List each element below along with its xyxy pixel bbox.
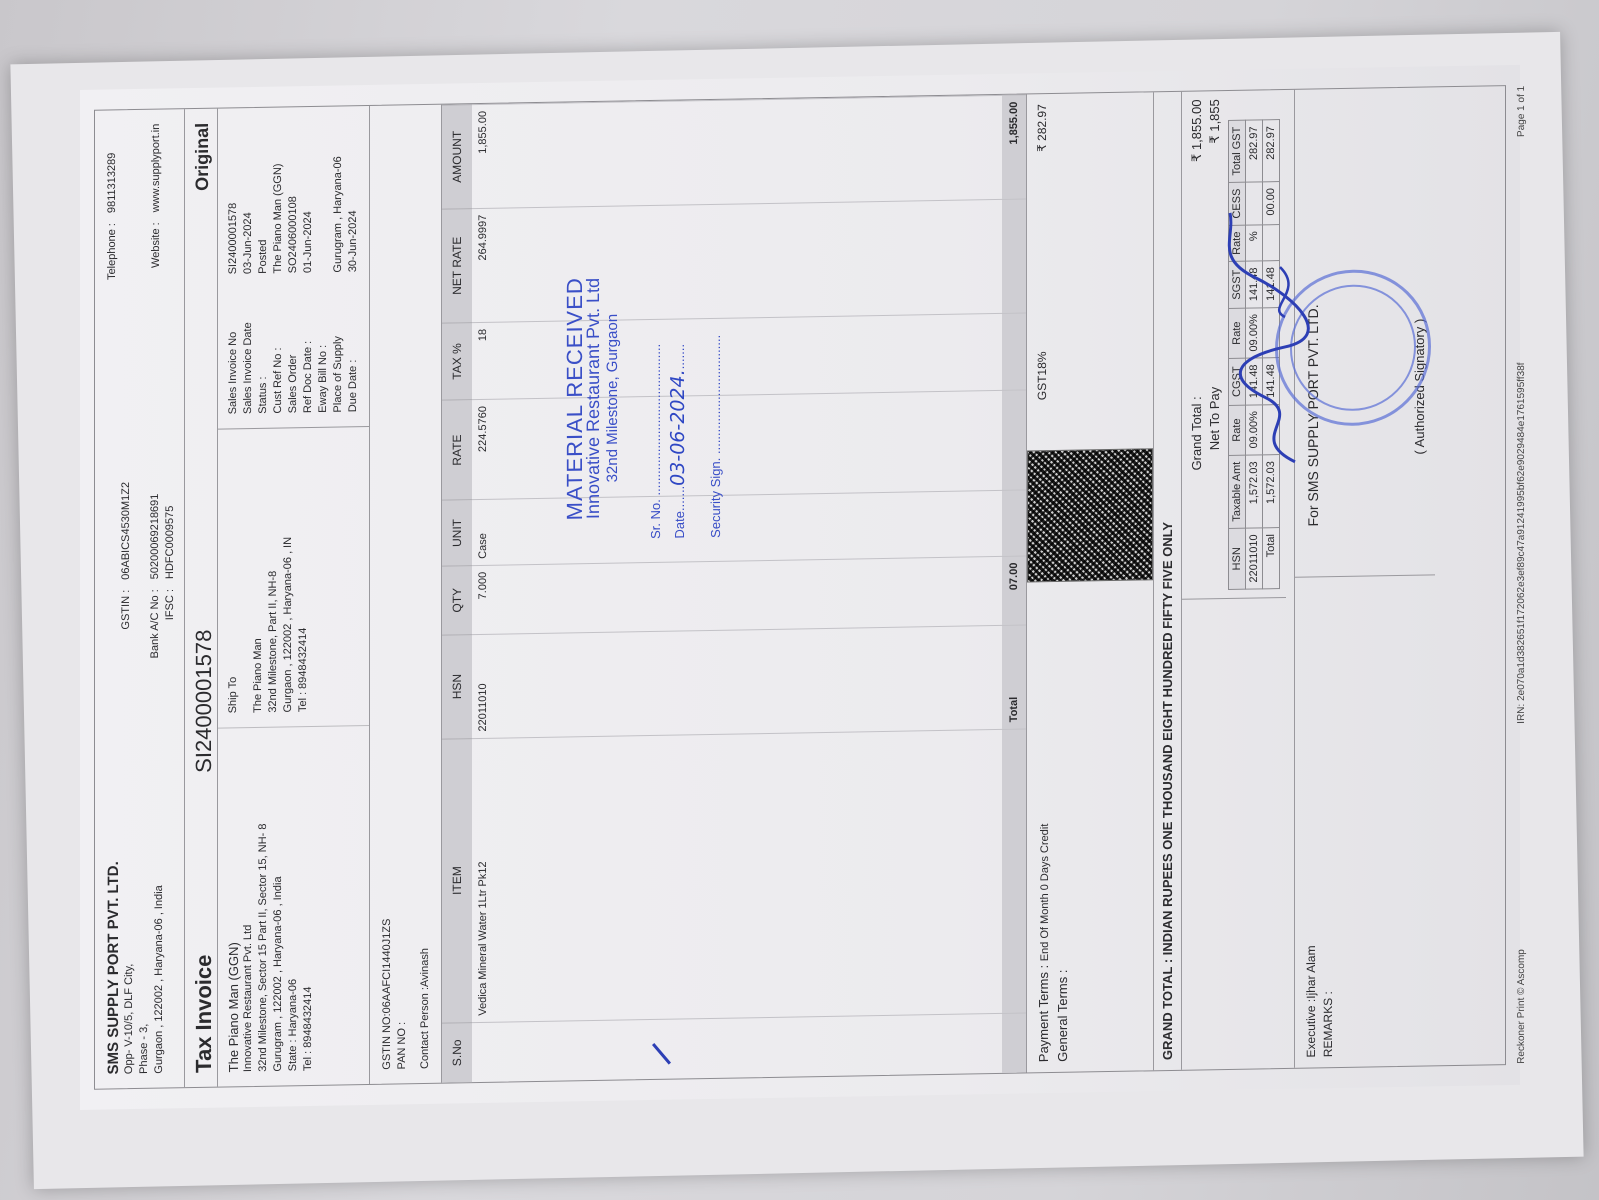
tax-cell: 282.97 [1263, 119, 1280, 181]
ship-to-line: The Piano Man [251, 443, 266, 713]
document-title: Tax Invoice [191, 773, 217, 1073]
meta-value: Posted [256, 122, 271, 274]
invoice-page: SMS SUPPLY PORT PVT. LTD. Opp- V-10/5, D… [80, 65, 1520, 1110]
gst-rate-label: GST18% [1035, 350, 1145, 401]
tax-column-header: HSN [1229, 528, 1246, 589]
contact-person: Contact Person :Avinash [418, 119, 433, 1069]
cell-hsn: 22011010 [472, 625, 1002, 738]
cell-qty: 7.000 [472, 556, 1002, 634]
meta-label: Cust Ref No : [271, 273, 286, 413]
invoice-number: SI2400001578 [191, 353, 217, 773]
cell-net_rate: 264.9997 [472, 199, 1002, 322]
meta-value: The Piano Man (GGN) [271, 121, 286, 273]
meta-label: Sales Invoice No [226, 274, 241, 414]
company-bank-details: GSTIN : 06ABICS4530M1Z2 Bank A/C No : 50… [119, 481, 178, 659]
ship-to-line: 32nd Milestone, Part II, NH-8 [266, 442, 281, 712]
cell-item: Vedica Mineral Water 1Ltr Pk12 [472, 729, 1002, 1022]
website-value: www.supplyport.in [149, 123, 179, 212]
signatory-block: For SMS SUPPLY PORT PVT. LTD. ( Authoriz… [1295, 87, 1435, 576]
bill-to: The Piano Man (GGN) Innovative Restauran… [218, 726, 369, 1087]
gst-summary: GST18% ₹ 282.97 [1027, 92, 1153, 450]
amount-in-words-row: GRAND TOTAL : INDIAN RUPEES ONE THOUSAND… [1153, 92, 1182, 1071]
parties-section: The Piano Man (GGN) Innovative Restauran… [218, 106, 370, 1087]
cell-rate: 224.5760 [472, 391, 1002, 500]
payment-terms-label: Payment Terms : [1036, 965, 1051, 1063]
customer-gstin: GSTIN NO:06AAFCI1440J1ZS [380, 120, 395, 1070]
qr-code [1027, 448, 1153, 582]
company-contact: Telephone : 9811313289 Website : www.sup… [105, 123, 178, 280]
meta-label: Sales Order [286, 273, 301, 413]
items-total-row: Total07.001,855.00 [1002, 95, 1026, 1073]
total-cell-sno [1002, 1013, 1026, 1073]
cell-amount: 1,855.00 [472, 95, 1002, 208]
date-label: Date [672, 511, 687, 539]
meta-value [316, 121, 331, 273]
column-header: AMOUNT [442, 105, 472, 209]
table-row: Vedica Mineral Water 1Ltr Pk12220110107.… [472, 95, 1002, 1082]
meta-value: 01-Jun-2024 [301, 121, 316, 273]
bill-to-line: Tel : 8948432414 [301, 741, 316, 1071]
company-address-3: Gurgaon , 122002 , Haryana-06 , India [152, 860, 167, 1073]
meta-label: Place of Supply [331, 272, 346, 412]
bank-account: 50200069218691 [148, 481, 163, 579]
grand-total-label: Grand Total : [1188, 396, 1206, 471]
stamp-address: 32nd Milestone, Gurgaon [603, 276, 622, 519]
stamp-company: Innovative Restaurant Pvt. Ltd [584, 277, 603, 520]
total-cell-unit [1002, 490, 1026, 556]
gst-amount: ₹ 282.97 [1035, 102, 1145, 152]
items-table-header: S.NoITEMHSNQTYUNITRATETAX %NET RATEAMOUN… [442, 105, 472, 1083]
payment-terms-value: End Of Month 0 Days Credit [1039, 824, 1051, 962]
terms-block: Payment Terms : End Of Month 0 Days Cred… [1027, 580, 1153, 1072]
total-cell-rate [1002, 390, 1026, 490]
column-header: TAX % [442, 323, 472, 401]
meta-value: SI2400001578 [226, 122, 241, 274]
stamp-fields: Sr. No. ................................… [645, 228, 727, 539]
software-credit: Reckoner Print © Ascomp [1516, 949, 1527, 1064]
company-address-2: Phase - 3, [137, 861, 152, 1074]
sr-no-label: Sr. No. [648, 499, 663, 539]
ifsc-code: HDFC0009575 [163, 481, 178, 579]
bill-to-line: 32nd Milestone, Sector 15 Part II, Secto… [256, 742, 271, 1072]
meta-value: Gurugram , Haryana-06 [331, 120, 346, 272]
tax-cell: Total [1263, 527, 1280, 588]
copy-label: Original [192, 123, 217, 191]
total-cell-hsn: Total [1002, 625, 1026, 729]
tax-cell: 22011010 [1246, 528, 1263, 589]
meta-value: 30-Jun-2024 [346, 120, 361, 272]
customer-pan: PAN NO : [395, 119, 410, 1069]
telephone-value: 9811313289 [105, 124, 135, 213]
total-cell-item [1002, 729, 1026, 1014]
security-sign-label: Security Sign. [708, 458, 723, 538]
gstin-label: GSTIN : [119, 590, 134, 659]
column-header: QTY [442, 566, 472, 635]
bill-to-name: The Piano Man (GGN) [226, 742, 241, 1072]
company-gstin: 06ABICS4530M1Z2 [119, 482, 134, 580]
handwritten-signature [1225, 206, 1315, 468]
net-to-pay-value: ₹ 1,855 [1206, 99, 1224, 144]
stamp-title: MATERIAL RECEIVED [565, 277, 584, 520]
company-address-1: Opp- V-10/5, DLF City, [122, 861, 137, 1074]
ifsc-label: IFSC : [163, 589, 178, 658]
items-table: S.NoITEMHSNQTYUNITRATETAX %NET RATEAMOUN… [442, 94, 1026, 1082]
page-number: Page 1 of 1 [1516, 86, 1527, 137]
ship-to: Ship To The Piano Man 32nd Milestone, Pa… [218, 427, 369, 729]
title-row: Tax Invoice SI2400001578 Original [185, 109, 218, 1088]
total-cell-net_rate [1002, 199, 1026, 314]
amount-in-words: GRAND TOTAL : INDIAN RUPEES ONE THOUSAND… [1160, 522, 1175, 1060]
telephone-label: Telephone : [105, 223, 135, 280]
meta-label: Due Date : [346, 272, 361, 412]
column-header: UNIT [442, 500, 472, 566]
website-label: Website : [149, 222, 179, 279]
meta-value: SO2406000108 [286, 121, 301, 273]
cell-sno [472, 1013, 1002, 1082]
bank-label: Bank A/C No : [148, 589, 163, 658]
meta-label: Eway Bill No : [316, 273, 331, 413]
material-received-stamp: MATERIAL RECEIVED Innovative Restaurant … [565, 276, 622, 520]
grand-total-value: ₹ 1,855.00 [1188, 99, 1206, 162]
company-name: SMS SUPPLY PORT PVT. LTD. [105, 861, 122, 1074]
column-header: HSN [442, 634, 472, 738]
ship-to-line: Tel : 8948432414 [296, 442, 311, 712]
totals-spacer [1182, 597, 1286, 1070]
meta-label: Status : [256, 274, 271, 414]
column-header: S.No [442, 1022, 472, 1082]
total-cell-tax [1002, 313, 1026, 391]
cell-tax: 18 [472, 313, 1002, 399]
company-header: SMS SUPPLY PORT PVT. LTD. Opp- V-10/5, D… [95, 109, 185, 1089]
bill-to-line: Innovative Restaurant Pvt. Ltd [241, 742, 256, 1072]
tax-column-header: Total GST [1229, 120, 1246, 182]
customer-tax-info: GSTIN NO:06AAFCI1440J1ZS PAN NO : Contac… [370, 105, 442, 1084]
executive-block: Executive :Ijhar Alam REMARKS : [1295, 574, 1435, 1067]
meta-value: 03-Jun-2024 [241, 122, 256, 274]
net-to-pay-label: Net To Pay [1206, 387, 1224, 451]
invoice-meta: Sales Invoice NoSI2400001578Sales Invoic… [218, 106, 369, 430]
column-header: NET RATE [442, 208, 472, 323]
total-cell-amount: 1,855.00 [1002, 95, 1026, 199]
ship-to-line: Gurgaon , 122002 , Haryana-06 , IN [281, 442, 296, 712]
irn-number: IRN: 2e070a1d382651f172062e3ef89c47a9124… [1516, 362, 1527, 723]
general-terms-label: General Terms : [1054, 592, 1072, 1062]
bill-to-line: State : Haryana-06 [286, 741, 301, 1071]
column-header: ITEM [442, 738, 472, 1023]
terms-and-gst: Payment Terms : End Of Month 0 Days Cred… [1026, 92, 1153, 1072]
invoice-meta-grid: Sales Invoice NoSI2400001578Sales Invoic… [226, 120, 361, 414]
invoice-frame: SMS SUPPLY PORT PVT. LTD. Opp- V-10/5, D… [94, 85, 1506, 1090]
meta-label: Sales Invoice Date [241, 274, 256, 414]
received-date: 03-06-2024. [667, 369, 689, 486]
remarks-label: REMARKS : [1320, 587, 1337, 1057]
cell-unit: Case [472, 491, 1002, 566]
column-header: RATE [442, 400, 472, 501]
total-cell-qty: 07.00 [1002, 556, 1026, 625]
signature-area: Executive :Ijhar Alam REMARKS : For SMS … [1294, 87, 1435, 1067]
tax-cell: 282.97 [1246, 120, 1263, 182]
executive-name: Executive :Ijhar Alam [1303, 587, 1320, 1057]
ship-to-title: Ship To [226, 443, 241, 713]
bill-to-line: Gurugram , 122002 , Haryana-06 , India [271, 741, 286, 1071]
invoice-footer: Reckoner Print © Ascomp IRN: 2e070a1d382… [1516, 86, 1527, 1064]
meta-label: Ref Doc Date : [301, 273, 316, 413]
